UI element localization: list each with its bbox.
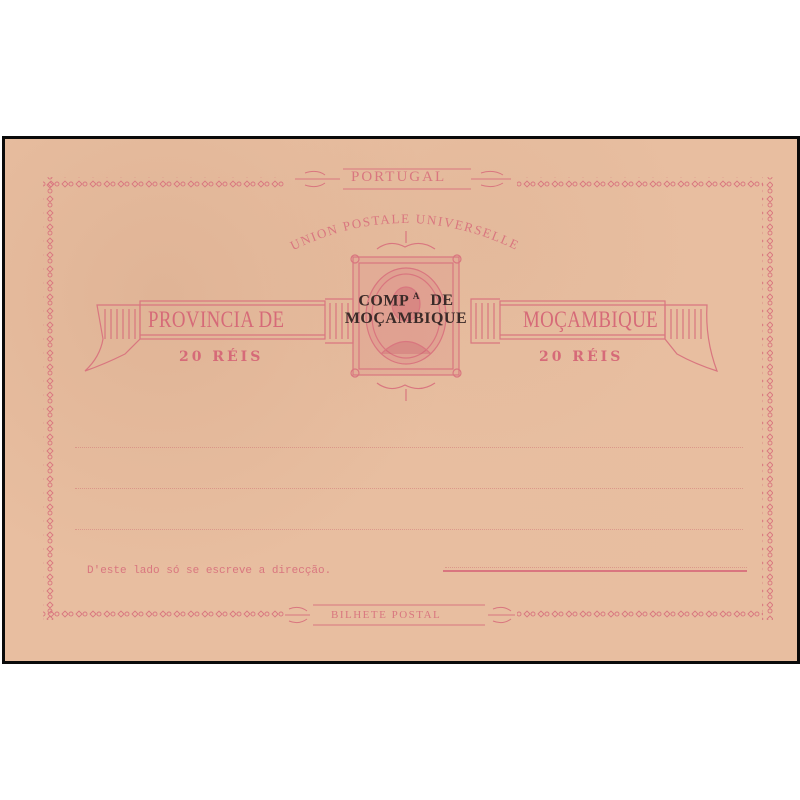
address-line <box>75 447 743 448</box>
bottom-label: BILHETE POSTAL <box>331 609 441 621</box>
address-line <box>75 488 743 489</box>
ribbon-right-text: MOÇAMBIQUE <box>523 307 658 333</box>
address-line <box>75 529 743 530</box>
overprint-line2: MOÇAMBIQUE <box>343 310 469 328</box>
ribbon-left-text: PROVINCIA DE <box>148 307 284 333</box>
overprint-line1: COMP A DE <box>343 291 469 310</box>
ornamental-border-icon: UNION POSTALE UNIVERSELLE <box>5 139 797 661</box>
country-label: PORTUGAL <box>351 169 446 186</box>
value-right: 20 RÉIS <box>539 349 623 365</box>
address-note: D'este lado só se escreve a direcção. <box>87 565 331 577</box>
overprint: COMP A DE MOÇAMBIQUE <box>343 291 469 328</box>
value-left: 20 RÉIS <box>179 349 263 365</box>
address-underline <box>443 570 747 572</box>
address-line <box>445 567 747 568</box>
postal-card: UNION POSTALE UNIVERSELLE PORTUGAL PROVI… <box>2 136 800 664</box>
